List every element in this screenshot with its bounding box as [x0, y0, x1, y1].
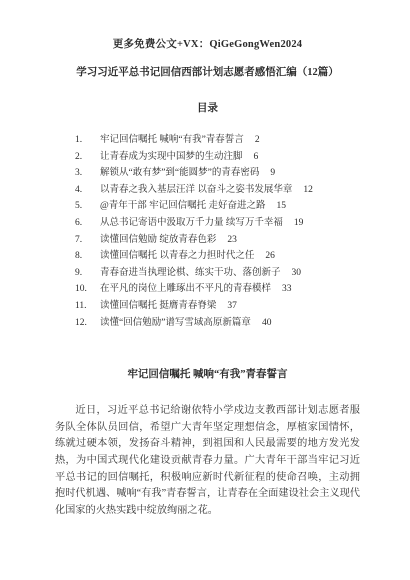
- toc-entry-page: 37: [227, 298, 237, 315]
- toc-entry-number: 11.: [75, 298, 100, 315]
- toc-entry: 2. 让青春成为实现中国梦的生动注脚 6: [75, 149, 360, 166]
- toc-entry-page: 23: [227, 232, 237, 249]
- toc-entry-title: 牢记回信嘱托 喊响“有我”青春誓言: [100, 132, 244, 149]
- toc-entry: 9. 青春奋进当执理论棋、练实干功、落创新子 30: [75, 265, 360, 282]
- toc-entry-page: 12: [303, 182, 313, 199]
- body-paragraph: 近日，习近平总书记给谢依特小学戍边支教西部计划志愿者服务队全体队员回信，希望广大…: [55, 403, 360, 519]
- toc-entry-title: 解锁从“敢有梦”到“能圆梦”的青春密码: [100, 165, 259, 182]
- doc-title: 学习习近平总书记回信西部计划志愿者感悟汇编（12篇）: [55, 64, 360, 79]
- toc-entry-page: 19: [294, 215, 304, 232]
- toc-entry-title: 让青春成为实现中国梦的生动注脚: [100, 149, 243, 166]
- toc-entry-title: 从总书记寄语中汲取万千力量 续写万千幸福: [100, 215, 283, 232]
- toc-entry-title: 青春奋进当执理论棋、练实干功、落创新子: [100, 265, 281, 282]
- toc-entry: 12. 读懂“回信勉励”谱写雪域高原新篇章 40: [75, 315, 360, 332]
- toc-entry-title: @青年干部 牢记回信嘱托 走好奋进之路: [100, 198, 266, 215]
- toc-entry-number: 3.: [75, 165, 100, 182]
- toc-entry: 4. 以青春之我入基层汪洋 以奋斗之姿书发展华章 12: [75, 182, 360, 199]
- table-of-contents: 1. 牢记回信嘱托 喊响“有我”青春誓言 2 2. 让青春成为实现中国梦的生动注…: [75, 132, 360, 331]
- toc-entry: 8. 读懂回信嘱托 以青春之力担时代之任 26: [75, 248, 360, 265]
- toc-entry-title: 读懂回信嘱托 挺膺青春脊梁: [100, 298, 216, 315]
- toc-entry: 5. @青年干部 牢记回信嘱托 走好奋进之路 15: [75, 198, 360, 215]
- toc-entry-number: 1.: [75, 132, 100, 149]
- toc-entry-page: 6: [254, 149, 259, 166]
- toc-entry-title: 以青春之我入基层汪洋 以奋斗之姿书发展华章: [100, 182, 292, 199]
- toc-entry-title: 读懂回信勉励 绽放青春色彩: [100, 232, 216, 249]
- toc-entry-number: 9.: [75, 265, 100, 282]
- toc-entry-number: 12.: [75, 315, 100, 332]
- document-page: 更多免费公文+VX：QiGeGongWen2024 学习习近平总书记回信西部计划…: [0, 0, 410, 580]
- toc-entry-page: 33: [282, 281, 292, 298]
- toc-entry-page: 26: [265, 248, 275, 265]
- toc-entry-number: 6.: [75, 215, 100, 232]
- toc-heading: 目录: [55, 100, 360, 115]
- toc-entry: 10. 在平凡的岗位上雕琢出不平凡的青春模样 33: [75, 281, 360, 298]
- doc-header: 更多免费公文+VX：QiGeGongWen2024: [55, 36, 360, 51]
- toc-entry: 11. 读懂回信嘱托 挺膺青春脊梁 37: [75, 298, 360, 315]
- toc-entry: 7. 读懂回信勉励 绽放青春色彩 23: [75, 232, 360, 249]
- toc-entry-page: 30: [292, 265, 302, 282]
- toc-entry-number: 8.: [75, 248, 100, 265]
- toc-entry-title: 读懂“回信勉励”谱写雪域高原新篇章: [100, 315, 251, 332]
- toc-entry: 1. 牢记回信嘱托 喊响“有我”青春誓言 2: [75, 132, 360, 149]
- toc-entry-number: 2.: [75, 149, 100, 166]
- toc-entry-number: 4.: [75, 182, 100, 199]
- toc-entry-page: 40: [262, 315, 272, 332]
- section-title: 牢记回信嘱托 喊响“有我”青春誓言: [55, 366, 360, 381]
- toc-entry-page: 9: [270, 165, 275, 182]
- toc-entry-page: 15: [277, 198, 287, 215]
- toc-entry-number: 5.: [75, 198, 100, 215]
- toc-entry-number: 10.: [75, 281, 100, 298]
- toc-entry-number: 7.: [75, 232, 100, 249]
- toc-entry-page: 2: [255, 132, 260, 149]
- toc-entry: 3. 解锁从“敢有梦”到“能圆梦”的青春密码 9: [75, 165, 360, 182]
- toc-entry-title: 在平凡的岗位上雕琢出不平凡的青春模样: [100, 281, 271, 298]
- toc-entry-title: 读懂回信嘱托 以青春之力担时代之任: [100, 248, 254, 265]
- toc-entry: 6. 从总书记寄语中汲取万千力量 续写万千幸福 19: [75, 215, 360, 232]
